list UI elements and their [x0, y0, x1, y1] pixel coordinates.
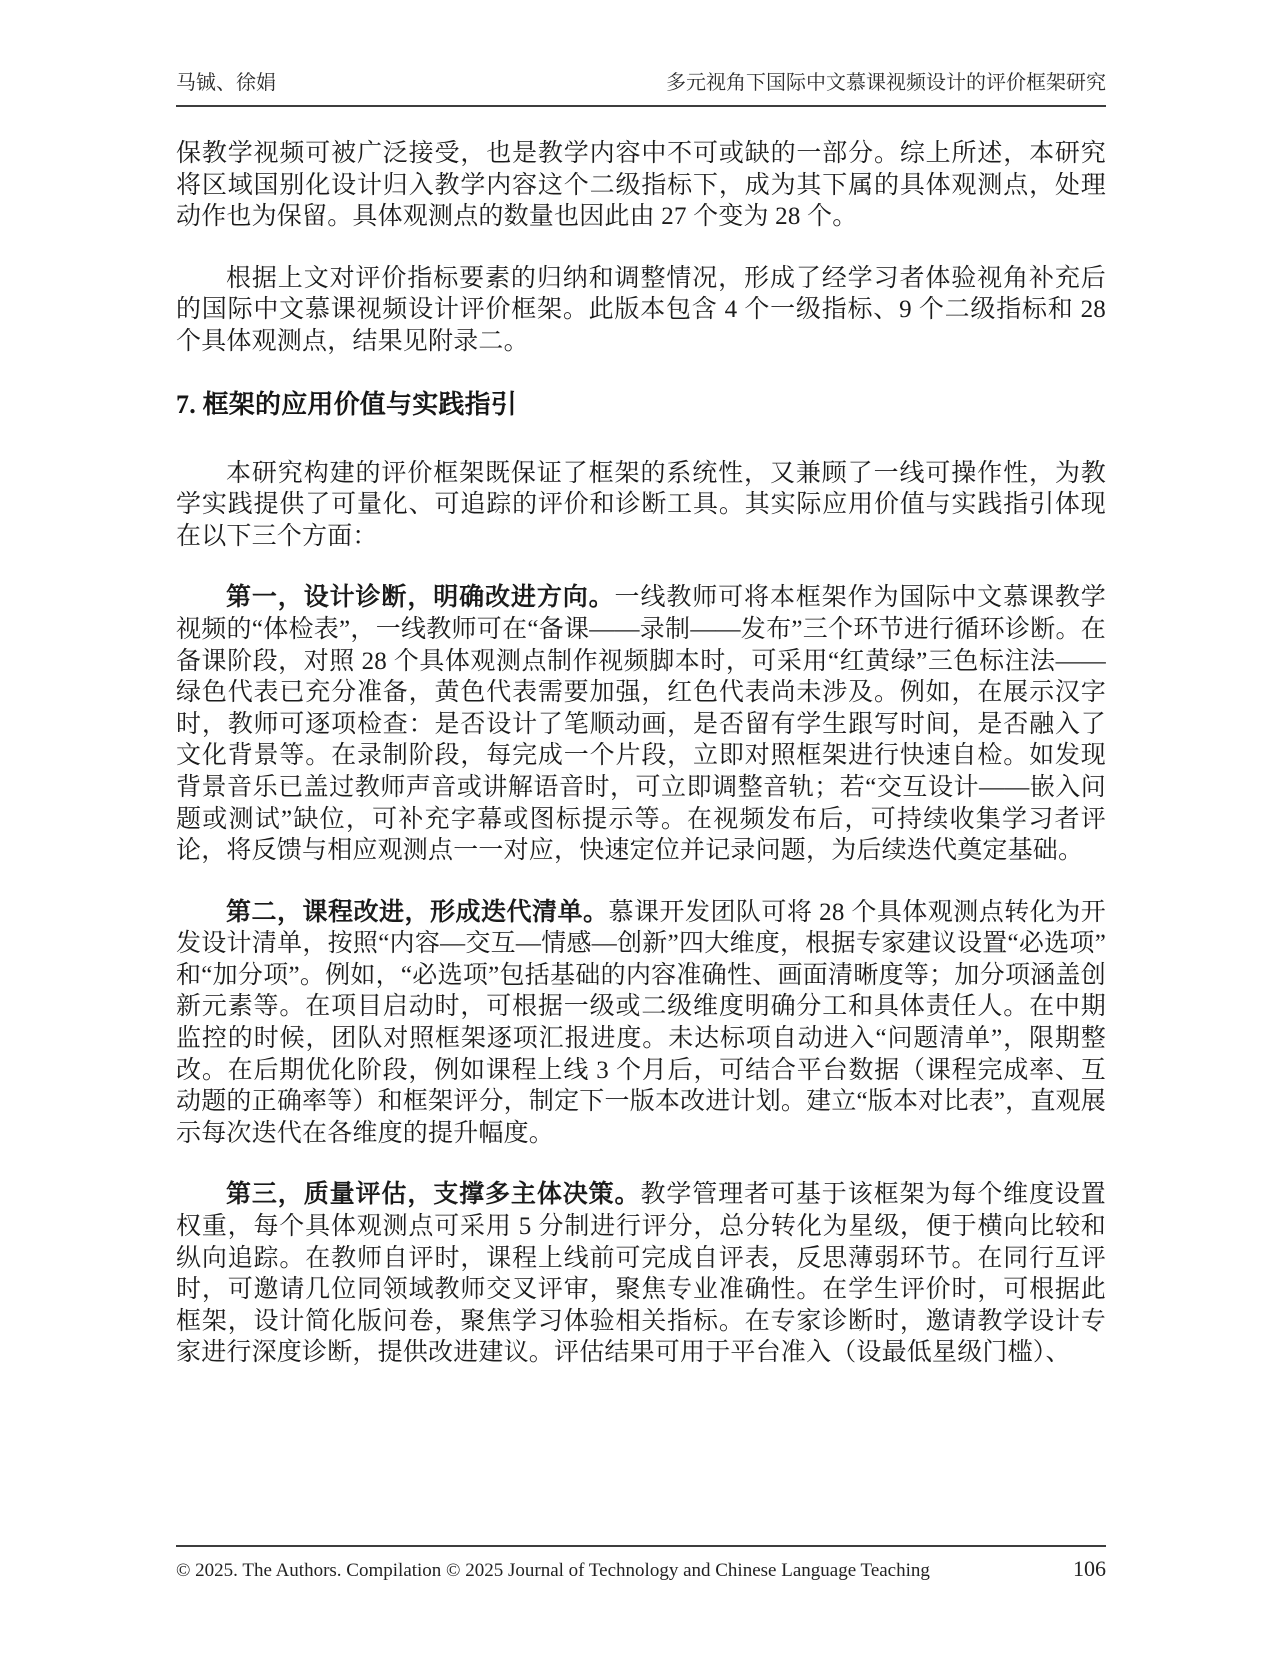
- paragraph-point-2: 第二，课程改进，形成迭代清单。慕课开发团队可将 28 个具体观测点转化为开发设计…: [176, 897, 1106, 1150]
- point-1-body: 一线教师可将本框架作为国际中文慕课教学视频的“体检表”，一线教师可在“备课——录…: [176, 584, 1106, 864]
- page-footer: © 2025. The Authors. Compilation © 2025 …: [176, 1545, 1106, 1582]
- point-1-lead: 第一，设计诊断，明确改进方向。: [226, 584, 615, 611]
- paragraph-carryover: 保教学视频可被广泛接受，也是教学内容中不可或缺的一部分。综上所述，本研究将区域国…: [176, 138, 1106, 233]
- point-2-lead: 第二，课程改进，形成迭代清单。: [226, 899, 608, 926]
- running-head: 马铖、徐娟 多元视角下国际中文慕课视频设计的评价框架研究: [176, 66, 1106, 107]
- paragraph-intro: 本研究构建的评价框架既保证了框架的系统性，又兼顾了一线可操作性，为教学实践提供了…: [176, 458, 1106, 553]
- paragraph-framework-summary: 根据上文对评价指标要素的归纳和调整情况，形成了经学习者体验视角补充后的国际中文慕…: [176, 263, 1106, 358]
- running-head-authors: 马铖、徐娟: [176, 66, 276, 95]
- footer-copyright: © 2025. The Authors. Compilation © 2025 …: [176, 1560, 930, 1582]
- article-body: 保教学视频可被广泛接受，也是教学内容中不可或缺的一部分。综上所述，本研究将区域国…: [176, 138, 1106, 1399]
- footer-page-number: 106: [1073, 1556, 1106, 1582]
- section-heading: 7. 框架的应用价值与实践指引: [176, 388, 1106, 422]
- paragraph-point-1: 第一，设计诊断，明确改进方向。一线教师可将本框架作为国际中文慕课教学视频的“体检…: [176, 582, 1106, 866]
- point-2-body: 慕课开发团队可将 28 个具体观测点转化为开发设计清单，按照“内容—交互—情感—…: [176, 899, 1106, 1147]
- running-head-title: 多元视角下国际中文慕课视频设计的评价框架研究: [666, 66, 1106, 95]
- paper-page: 马铖、徐娟 多元视角下国际中文慕课视频设计的评价框架研究 保教学视频可被广泛接受…: [0, 0, 1280, 1656]
- paragraph-point-3: 第三，质量评估，支撑多主体决策。教学管理者可基于该框架为每个维度设置权重，每个具…: [176, 1179, 1106, 1369]
- point-3-body: 教学管理者可基于该框架为每个维度设置权重，每个具体观测点可采用 5 分制进行评分…: [176, 1181, 1106, 1366]
- point-3-lead: 第三，质量评估，支撑多主体决策。: [226, 1181, 640, 1208]
